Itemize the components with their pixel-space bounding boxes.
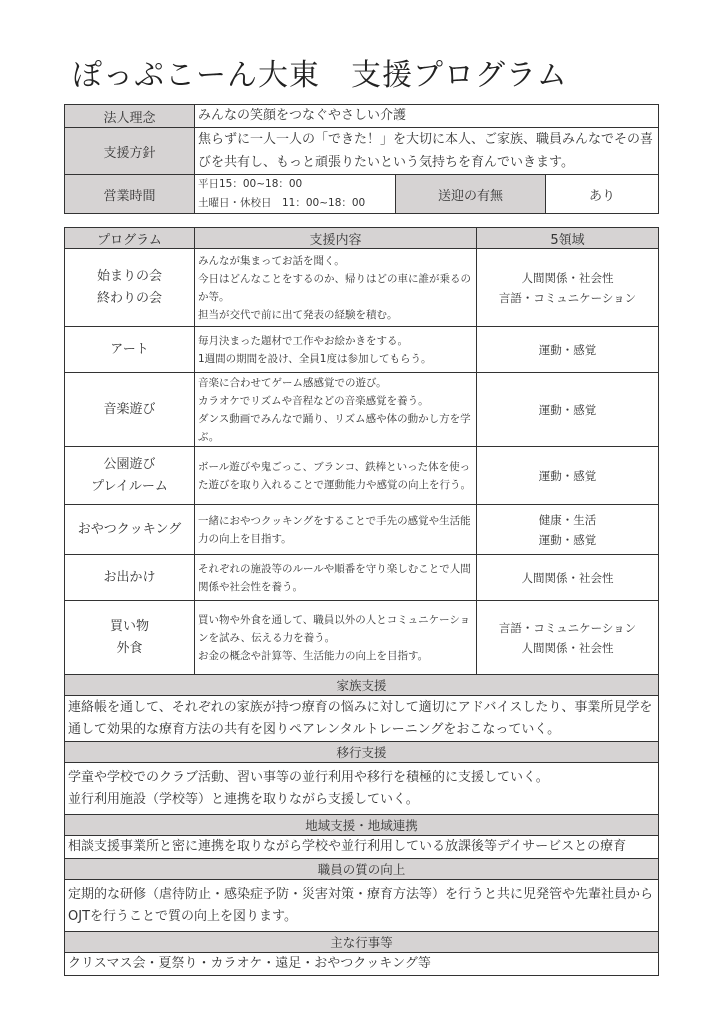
section-heading-family-support: 家族支援 (65, 675, 659, 696)
program-row: アート 毎月決まった題材で工作やお絵かきをする。 1週間の期間を設け、全員1度は… (65, 327, 659, 373)
section-heading-main-events: 主な行事等 (65, 932, 659, 953)
program-content: 一緒におやつクッキングをすることで手先の感覚や生活能力の向上を目指す。 (195, 505, 477, 555)
section-heading-row: 移行支援 (65, 742, 659, 763)
program-content: みんなが集まってお話を聞く。 今日はどんなことをするのか、帰りはどの車に誰が乗る… (195, 249, 477, 327)
program-name: アート (65, 327, 195, 373)
philosophy-label: 法人理念 (65, 105, 195, 128)
section-heading-row: 主な行事等 (65, 932, 659, 953)
program-name: 買い物 外食 (65, 601, 195, 675)
program-table: プログラム 支援内容 5領域 始まりの会 終わりの会 みんなが集まってお話を聞く… (64, 227, 659, 976)
hours-weekday: 平日15：00~18：00 (198, 175, 395, 194)
program-domains: 言語・コミュニケーション 人間関係・社会性 (477, 601, 659, 675)
column-header-program: プログラム (65, 228, 195, 249)
section-heading-row: 家族支援 (65, 675, 659, 696)
program-content: ボール遊びや鬼ごっこ、ブランコ、鉄棒といった体を使った遊びを取り入れることで運動… (195, 447, 477, 505)
section-text-family-support: 連絡帳を通して、それぞれの家族が持つ療育の悩みに対して適切にアドバイスしたり、事… (65, 696, 659, 742)
program-name: 始まりの会 終わりの会 (65, 249, 195, 327)
program-domains: 運動・感覚 (477, 327, 659, 373)
program-domains: 運動・感覚 (477, 447, 659, 505)
section-heading-row: 職員の質の向上 (65, 859, 659, 880)
transport-value: あり (546, 175, 659, 214)
page-title: ぽっぷこーん大東 支援プログラム (72, 50, 568, 94)
program-domains: 健康・生活 運動・感覚 (477, 505, 659, 555)
program-name: 公園遊び プレイルーム (65, 447, 195, 505)
program-row: 公園遊び プレイルーム ボール遊びや鬼ごっこ、ブランコ、鉄棒といった体を使った遊… (65, 447, 659, 505)
info-table: 法人理念 みんなの笑顔をつなぐやさしい介護 支援方針 焦らずに一人一人の「できた… (64, 104, 659, 214)
policy-label: 支援方針 (65, 128, 195, 175)
program-domains: 人間関係・社会性 (477, 555, 659, 601)
program-row: 音楽遊び 音楽に合わせてゲーム感感覚での遊び。 カラオケでリズムや音程などの音楽… (65, 373, 659, 447)
hours-weekend: 土曜日・休校日 11：00~18：00 (198, 194, 395, 213)
section-heading-row: 地域支援・地域連携 (65, 815, 659, 836)
column-header-domains: 5領域 (477, 228, 659, 249)
section-heading-staff-quality: 職員の質の向上 (65, 859, 659, 880)
section-text-community-support: 相談支援事業所と密に連携を取りながら学校や並行利用している放課後等デイサービスと… (65, 836, 659, 859)
section-text-main-events: クリスマス会・夏祭り・カラオケ・遠足・おやつクッキング等 (65, 953, 659, 976)
column-header-content: 支援内容 (195, 228, 477, 249)
section-text-transition-support: 学童や学校でのクラブ活動、習い事等の並行利用や移行を積極的に支援していく。 並行… (65, 763, 659, 815)
hours-label: 営業時間 (65, 175, 195, 214)
program-content: 音楽に合わせてゲーム感感覚での遊び。 カラオケでリズムや音程などの音楽感覚を養う… (195, 373, 477, 447)
program-content: 買い物や外食を通して、職員以外の人とコミュニケーションを試み、伝える力を養う。 … (195, 601, 477, 675)
transport-label: 送迎の有無 (396, 175, 546, 214)
program-content: 毎月決まった題材で工作やお絵かきをする。 1週間の期間を設け、全員1度は参加して… (195, 327, 477, 373)
program-domains: 人間関係・社会性 言語・コミュニケーション (477, 249, 659, 327)
program-content: それぞれの施設等のルールや順番を守り楽しむことで人間関係や社会性を養う。 (195, 555, 477, 601)
program-row: お出かけ それぞれの施設等のルールや順番を守り楽しむことで人間関係や社会性を養う… (65, 555, 659, 601)
program-name: お出かけ (65, 555, 195, 601)
section-text-staff-quality: 定期的な研修（虐待防止・感染症予防・災害対策・療育方法等）を行うと共に児発管や先… (65, 880, 659, 932)
hours-value: 平日15：00~18：00 土曜日・休校日 11：00~18：00 (195, 175, 396, 214)
program-row: 始まりの会 終わりの会 みんなが集まってお話を聞く。 今日はどんなことをするのか… (65, 249, 659, 327)
philosophy-value: みんなの笑顔をつなぐやさしい介護 (195, 105, 659, 128)
program-name: おやつクッキング (65, 505, 195, 555)
program-domains: 運動・感覚 (477, 373, 659, 447)
section-heading-transition-support: 移行支援 (65, 742, 659, 763)
program-row: 買い物 外食 買い物や外食を通して、職員以外の人とコミュニケーションを試み、伝え… (65, 601, 659, 675)
program-row: おやつクッキング 一緒におやつクッキングをすることで手先の感覚や生活能力の向上を… (65, 505, 659, 555)
policy-value: 焦らずに一人一人の「できた！」を大切に本人、ご家族、職員みんなでその喜びを共有し… (195, 128, 659, 175)
section-heading-community-support: 地域支援・地域連携 (65, 815, 659, 836)
program-name: 音楽遊び (65, 373, 195, 447)
